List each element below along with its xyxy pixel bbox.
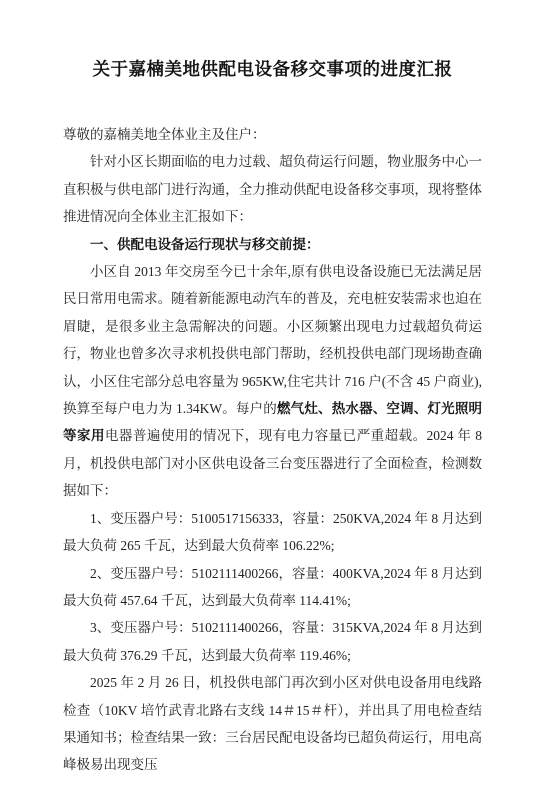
- transformer-item-3: 3、变压器户号：5102111400266，容量：315KVA,2024 年 8…: [63, 614, 482, 669]
- document-title: 关于嘉楠美地供配电设备移交事项的进度汇报: [63, 54, 482, 84]
- salutation: 尊敬的嘉楠美地全体业主及住户：: [63, 121, 482, 148]
- section-heading-1: 一、供配电设备运行现状与移交前提：: [63, 231, 482, 258]
- paragraph-intro: 针对小区长期面临的电力过载、超负荷运行问题，物业服务中心一直积极与供电部门进行沟…: [63, 148, 482, 230]
- transformer-item-1: 1、变压器户号：5100517156333，容量：250KVA,2024 年 8…: [63, 505, 482, 560]
- paragraph-inspection-result: 2025 年 2 月 26 日，机投供电部门再次到小区对供电设备用电线路检查（1…: [63, 669, 482, 779]
- document-page: 关于嘉楠美地供配电设备移交事项的进度汇报 尊敬的嘉楠美地全体业主及住户： 针对小…: [0, 0, 544, 800]
- transformer-item-2: 2、变压器户号：5102111400266，容量：400KVA,2024 年 8…: [63, 560, 482, 615]
- paragraph-current-status: 小区自 2013 年交房至今已十余年,原有供电设备设施已无法满足居民日常用电需求…: [63, 258, 482, 505]
- status-text-pre: 小区自 2013 年交房至今已十余年,原有供电设备设施已无法满足居民日常用电需求…: [63, 264, 482, 416]
- status-text-post: 电器普遍使用的情况下，现有电力容量已严重超载。2024 年 8 月，机投供电部门…: [63, 428, 482, 498]
